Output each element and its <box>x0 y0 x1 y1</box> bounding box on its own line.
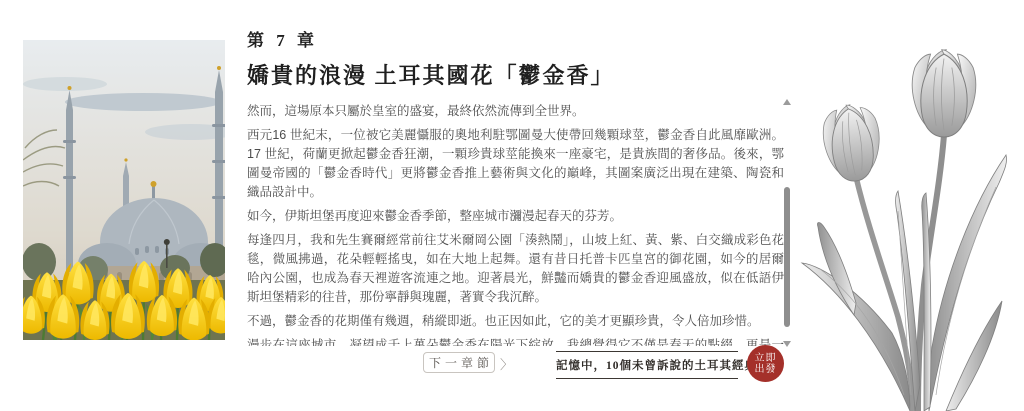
chapter-content: 第 7 章 嬌貴的浪漫 土耳其國花「鬱金香」 然而，這場原本只屬於皇室的盛宴，最… <box>247 30 784 346</box>
scrollbar[interactable] <box>782 99 792 347</box>
tulip-sketch-image <box>794 15 1024 411</box>
mosque-tulips-image <box>23 40 225 340</box>
chapter-photo-blue-mosque-tulips <box>23 40 225 340</box>
scrollbar-thumb[interactable] <box>784 187 790 327</box>
scroll-down-arrow[interactable] <box>783 341 791 347</box>
seal-text-line2: 出發 <box>755 364 777 375</box>
tulip-sketch-illustration <box>794 15 1024 411</box>
chapter-title: 嬌貴的浪漫 土耳其國花「鬱金香」 <box>247 62 784 90</box>
article-paragraph: 每逢四月，我和先生賽爾經常前往艾米爾岡公園「湊熱鬧」，山坡上紅、黃、紫、白交織成… <box>247 231 784 307</box>
depart-now-seal-button[interactable]: 立即 出發 <box>747 345 784 382</box>
article-paragraph: 如今，伊斯坦堡再度迎來鬱金香季節，整座城市瀰漫起春天的芬芳。 <box>247 207 784 226</box>
scroll-up-arrow[interactable] <box>783 99 791 105</box>
article-paragraph: 西元16 世紀末，一位被它美麗懾服的奧地利駐鄂圖曼大使帶回幾顆球莖，鬱金香自此風… <box>247 126 784 202</box>
article-paragraph: 不過，鬱金香的花期僅有幾週，稍縱即逝。也正因如此，它的美才更顯珍貴，令人倍加珍惜… <box>247 312 784 331</box>
promo-banner-link[interactable]: 記憶中，10個未曾訴說的土耳其經典 <box>556 351 738 379</box>
seal-text-line1: 立即 <box>755 353 777 364</box>
article-paragraph: 然而，這場原本只屬於皇室的盛宴，最終依然流傳到全世界。 <box>247 102 784 121</box>
article-scroll-area[interactable]: 然而，這場原本只屬於皇室的盛宴，最終依然流傳到全世界。 西元16 世紀末，一位被… <box>247 102 784 346</box>
article-paragraph: 漫步在這座城市，凝望成千上萬朵鬱金香在陽光下綻放，我總覺得它不僅是春天的點綴，更… <box>247 336 784 346</box>
next-chapter-button[interactable]: 下一章節 <box>423 352 495 373</box>
chevron-right-icon: 〉 <box>500 354 513 373</box>
reader-page: 第 7 章 嬌貴的浪漫 土耳其國花「鬱金香」 然而，這場原本只屬於皇室的盛宴，最… <box>0 0 1024 411</box>
chapter-number: 第 7 章 <box>247 30 784 52</box>
